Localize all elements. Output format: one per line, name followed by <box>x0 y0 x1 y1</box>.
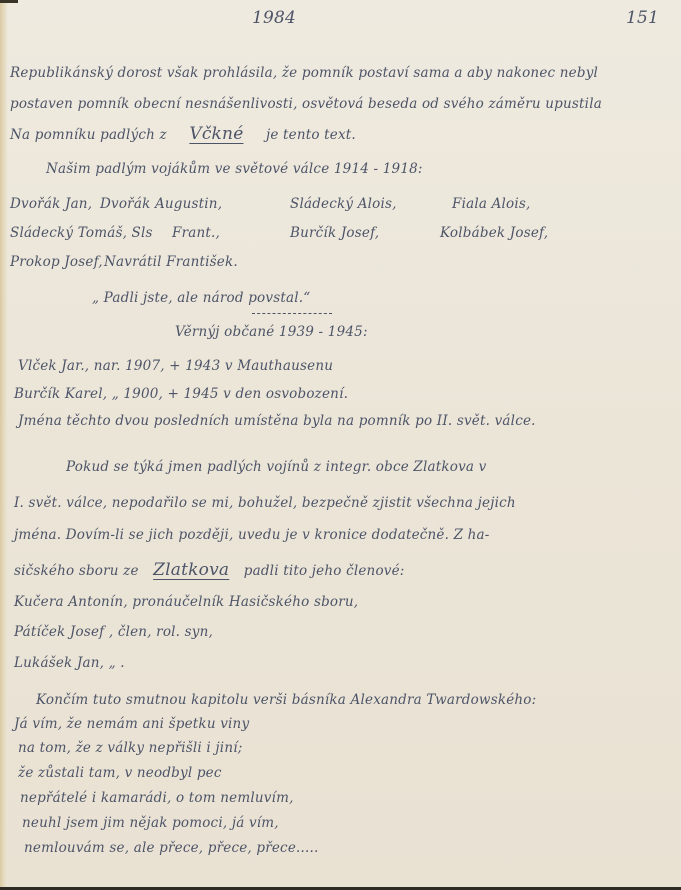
chronicle-page: 1984 151 Republikánský dorost však prohl… <box>0 0 681 890</box>
fireman-member: Lukášek Jan, „ . <box>14 655 125 671</box>
ww1-name: Prokop Josef, <box>10 254 103 270</box>
page-corner-shadow <box>0 0 18 3</box>
ww1-name: Sládecký Alois, <box>290 196 397 212</box>
motto-dashed-underline <box>252 313 332 314</box>
ww2-line-1: Vlček Jar., nar. 1907, + 1943 v Mauthaus… <box>18 358 333 374</box>
intro-line-2: postaven pomník obecní nesnášenlivosti, … <box>10 96 602 112</box>
intro-line-3: Na pomníku padlých z Včkné je tento text… <box>10 124 356 144</box>
poem-line: na tom, že z války nepřišli i jiní; <box>18 740 242 756</box>
intro-line-3-prefix: Na pomníku padlých z <box>10 127 167 143</box>
ww1-name: Dvořák Jan, <box>10 196 92 212</box>
ww1-name: Navrátil František. <box>104 254 238 270</box>
ww2-line-2: Burčík Karel, „ 1900, + 1945 v den osvob… <box>14 386 348 402</box>
ww1-name: Dvořák Augustin, <box>100 196 222 212</box>
poem-line: Já vím, že nemám ani špetku viny <box>14 716 249 732</box>
poem-intro: Končím tuto smutnou kapitolu verši básní… <box>36 692 536 708</box>
ww1-name: Burčík Josef, <box>290 225 379 241</box>
page-binding-edge <box>0 0 7 890</box>
page-year: 1984 <box>252 8 296 28</box>
intro-line-3-suffix: je tento text. <box>266 127 356 143</box>
ww2-line-3: Jména těchto dvou posledních umístěna by… <box>18 413 536 429</box>
ww1-name: Sládecký Tomáš, Sls <box>10 225 153 241</box>
zlatkov-line-4: sičského sboru ze Zlatkova padli tito je… <box>14 560 405 580</box>
ww2-heading: Věrnýj občané 1939 - 1945: <box>175 324 368 340</box>
zlatkov-line-1: Pokud se týká jmen padlých vojínů z inte… <box>66 459 487 475</box>
poem-line: že zůstali tam, v neodbyl pec <box>18 765 222 781</box>
intro-line-1: Republikánský dorost však prohlásila, že… <box>10 65 598 81</box>
poem-line: neuhl jsem jim nějak pomoci, já vím, <box>22 815 279 831</box>
fireman-member: Kučera Antonín, pronáučelník Hasičského … <box>14 594 358 610</box>
poem-line: nemlouvám se, ale přece, přece, přece...… <box>24 840 318 856</box>
ww1-heading: Našim padlým vojákům ve světové válce 19… <box>46 161 423 177</box>
zlatkov-line-4-suffix: padli tito jeho členové: <box>244 563 405 579</box>
zlatkov-line-2: I. svět. válce, nepodařilo se mi, bohuže… <box>14 495 516 511</box>
fireman-member: Pátíček Josef , člen, rol. syn, <box>14 624 213 640</box>
motto-text-underlined: národ povstal <box>203 290 299 306</box>
place-name-zlatkova: Zlatkova <box>153 560 229 580</box>
ww1-name: Kolbábek Josef, <box>440 225 548 241</box>
ww1-name: Frant., <box>172 225 220 241</box>
memorial-motto: „ Padli jste, ale národ povstal.“ <box>92 290 310 306</box>
zlatkov-line-3: jména. Dovím-li se jich později, uvedu j… <box>14 527 490 543</box>
motto-text-after: .“ <box>299 290 311 306</box>
poem-line: nepřátelé i kamarádi, o tom nemluvím, <box>20 790 294 806</box>
ww1-name: Fiala Alois, <box>452 196 531 212</box>
place-name-vckne: Včkné <box>189 124 243 144</box>
motto-text-before: „ Padli jste, ale <box>92 290 198 306</box>
zlatkov-line-4-prefix: sičského sboru ze <box>14 563 139 579</box>
page-number: 151 <box>626 8 659 28</box>
